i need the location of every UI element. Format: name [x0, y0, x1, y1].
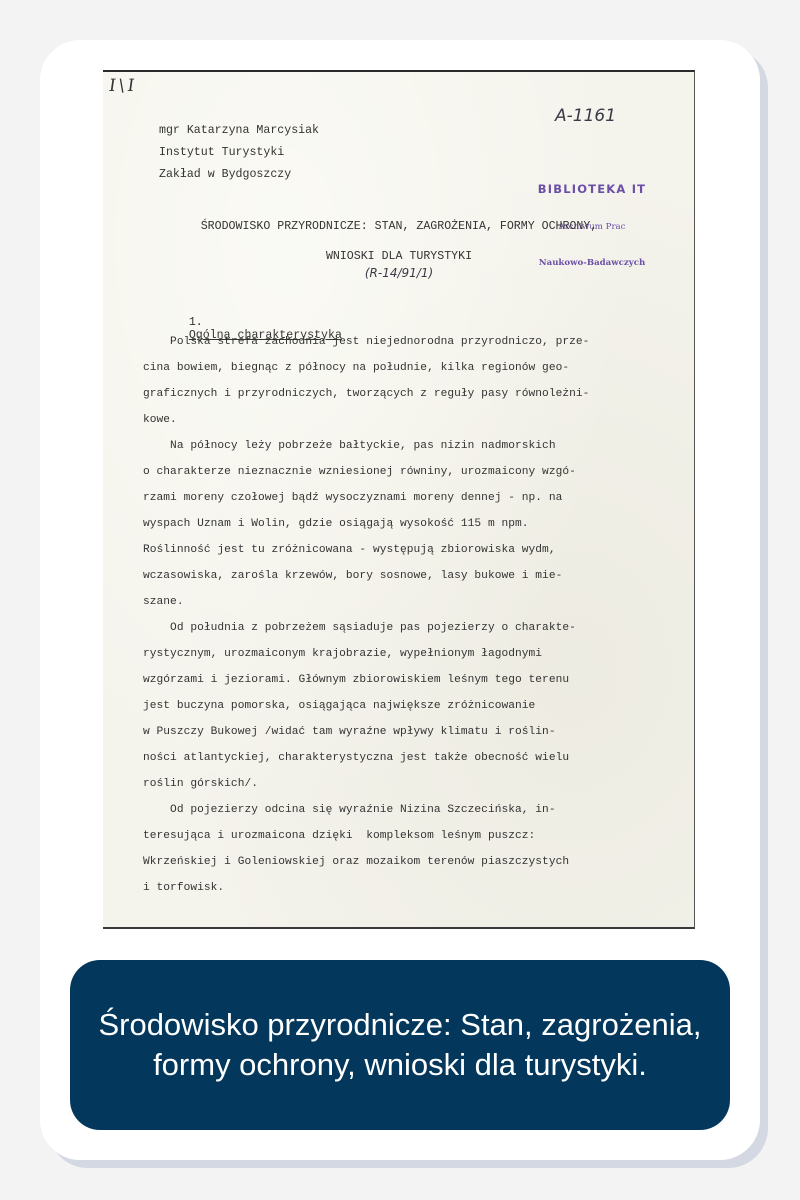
body-line: ności atlantyckiej, charakterystyczna je…: [143, 752, 569, 764]
body-line: Od południa z pobrzeżem sąsiaduje pas po…: [143, 622, 576, 634]
document-title-line-1: ŚRODOWISKO PRZYRODNICZE: STAN, ZAGROŻENI…: [103, 220, 695, 233]
caption-banner: Środowisko przyrodnicze: Stan, zagrożeni…: [70, 960, 730, 1130]
body-line: Od pojezierzy odcina się wyraźnie Nizina…: [143, 804, 556, 816]
body-line: rzami moreny czołowej bądź wysoczyznami …: [143, 492, 562, 504]
body-line: i torfowisk.: [143, 882, 224, 894]
body-line: Roślinność jest tu zróżnicowana - występ…: [143, 544, 556, 556]
body-line: rystycznym, urozmaiconym krajobrazie, wy…: [143, 648, 542, 660]
document-code: (R-14/91/1): [103, 266, 695, 280]
body-line: teresująca i urozmaicona dzięki kompleks…: [143, 830, 535, 842]
author-name: mgr Katarzyna Marcysiak: [159, 124, 319, 137]
corner-handwritten-mark: I\I: [108, 76, 139, 96]
body-line: roślin górskich/.: [143, 778, 258, 790]
body-line: wyspach Uznam i Wolin, gdzie osiągają wy…: [143, 518, 529, 530]
scanned-document-page: I\I A-1161 mgr Katarzyna Marcysiak Insty…: [103, 70, 695, 929]
body-line: szane.: [143, 596, 184, 608]
author-institute: Instytut Turystyki: [159, 146, 284, 159]
author-department: Zakład w Bydgoszczy: [159, 168, 291, 181]
body-line: o charakterze nieznacznie wzniesionej ró…: [143, 466, 576, 478]
reference-number: A-1161: [555, 106, 616, 126]
body-line: graficznych i przyrodniczych, tworzących…: [143, 388, 589, 400]
stamp-line-1: BIBLIOTEKA IT: [507, 182, 677, 196]
body-line: wzgórzami i jeziorami. Głównym zbiorowis…: [143, 674, 569, 686]
body-line: w Puszczy Bukowej /widać tam wyraźne wpł…: [143, 726, 556, 738]
caption-text: Środowisko przyrodnicze: Stan, zagrożeni…: [94, 1005, 706, 1085]
body-line: jest buczyna pomorska, osiągająca najwię…: [143, 700, 535, 712]
body-line: wczasowiska, zarośla krzewów, bory sosno…: [143, 570, 562, 582]
body-line: Wkrzeńskiej i Goleniowskiej oraz mozaiko…: [143, 856, 569, 868]
body-line: kowe.: [143, 414, 177, 426]
document-title-line-2: WNIOSKI DLA TURYSTYKI: [103, 250, 695, 263]
section-number: 1.: [189, 316, 203, 329]
body-line: Polska strefa zachodnia jest niejednorod…: [143, 336, 589, 348]
body-line: Na północy leży pobrzeże bałtyckie, pas …: [143, 440, 556, 452]
body-line: cina bowiem, biegnąc z północy na połudn…: [143, 362, 569, 374]
